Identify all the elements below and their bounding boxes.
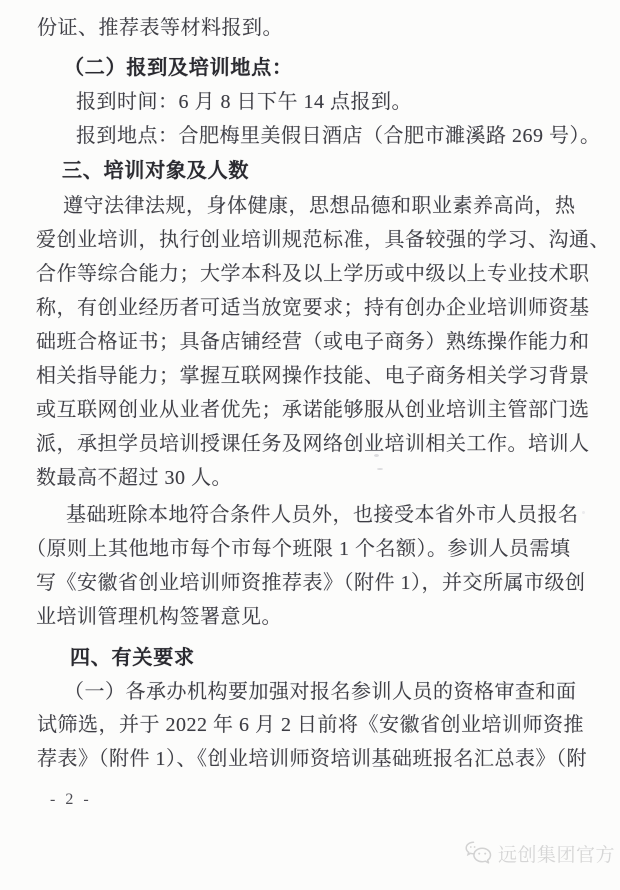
doc-line: 相关指导能力；掌握互联网操作技能、电子商务相关学习背景 [36, 364, 590, 388]
scan-artifact [377, 468, 383, 470]
watermark: 远创集团官方 [463, 840, 615, 867]
doc-line: 业培训管理机构签署意见。 [36, 605, 282, 629]
watermark-label: 远创集团官方 [498, 840, 615, 867]
doc-line: 称，有创业经历者可适当放宽要求；持有创办企业培训师资基 [36, 296, 590, 320]
doc-line: 或互联网创业从业者优先；承诺能够服从创业培训主管部门选 [36, 398, 590, 422]
page-number: - 2 - [50, 791, 92, 809]
doc-heading-section-3: 三、培训对象及人数 [62, 159, 249, 183]
doc-line: （一）各承办机构要加强对报名参训人员的资格审查和面 [64, 680, 577, 704]
doc-line: 荐表》（附件 1）、《创业培训师资培训基础班报名汇总表》（附 [37, 747, 587, 771]
doc-line: 写《安徽省创业培训师资推荐表》（附件 1），并交所属市级创 [36, 571, 586, 595]
doc-heading-section-4: 四、有关要求 [70, 646, 195, 670]
doc-line-checkin-place: 报到地点：合肥梅里美假日酒店（合肥市濉溪路 269 号）。 [76, 124, 601, 148]
doc-line: 份证、推荐表等材料报到。 [37, 16, 283, 40]
scan-artifact [374, 454, 379, 457]
doc-line: 试筛选，并于 2022 年 6 月 2 日前将《安徽省创业培训师资推 [37, 713, 584, 737]
scan-artifact [582, 511, 585, 514]
doc-heading-section-2-2: （二）报到及培训地点： [64, 56, 293, 80]
doc-line: 数最高不超过 30 人。 [36, 466, 232, 490]
doc-line: （原则上其他地市每个市每个班限 1 个名额）。参训人员需填 [26, 537, 571, 561]
doc-line: 遵守法律法规，身体健康，思想品德和职业素养高尚，热 [63, 194, 576, 218]
doc-line: 爱创业培训，执行创业培训规范标准，具备较强的学习、沟通、 [36, 228, 610, 252]
doc-line-checkin-time: 报到时间：6 月 8 日下午 14 点报到。 [76, 90, 412, 114]
wechat-icon [463, 840, 493, 867]
doc-line: 基础班除本地符合条件人员外，也接受本省外市人员报名 [66, 503, 579, 527]
doc-line: 派，承担学员培训授课任务及网络创业培训相关工作。培训人 [36, 432, 590, 456]
doc-line: 合作等综合能力；大学本科及以上学历或中级以上专业技术职 [36, 262, 590, 286]
doc-line: 础班合格证书；具备店铺经营（或电子商务）熟练操作能力和 [36, 330, 590, 354]
scanned-document-page: 份证、推荐表等材料报到。 （二）报到及培训地点： 报到时间：6 月 8 日下午 … [0, 0, 620, 890]
